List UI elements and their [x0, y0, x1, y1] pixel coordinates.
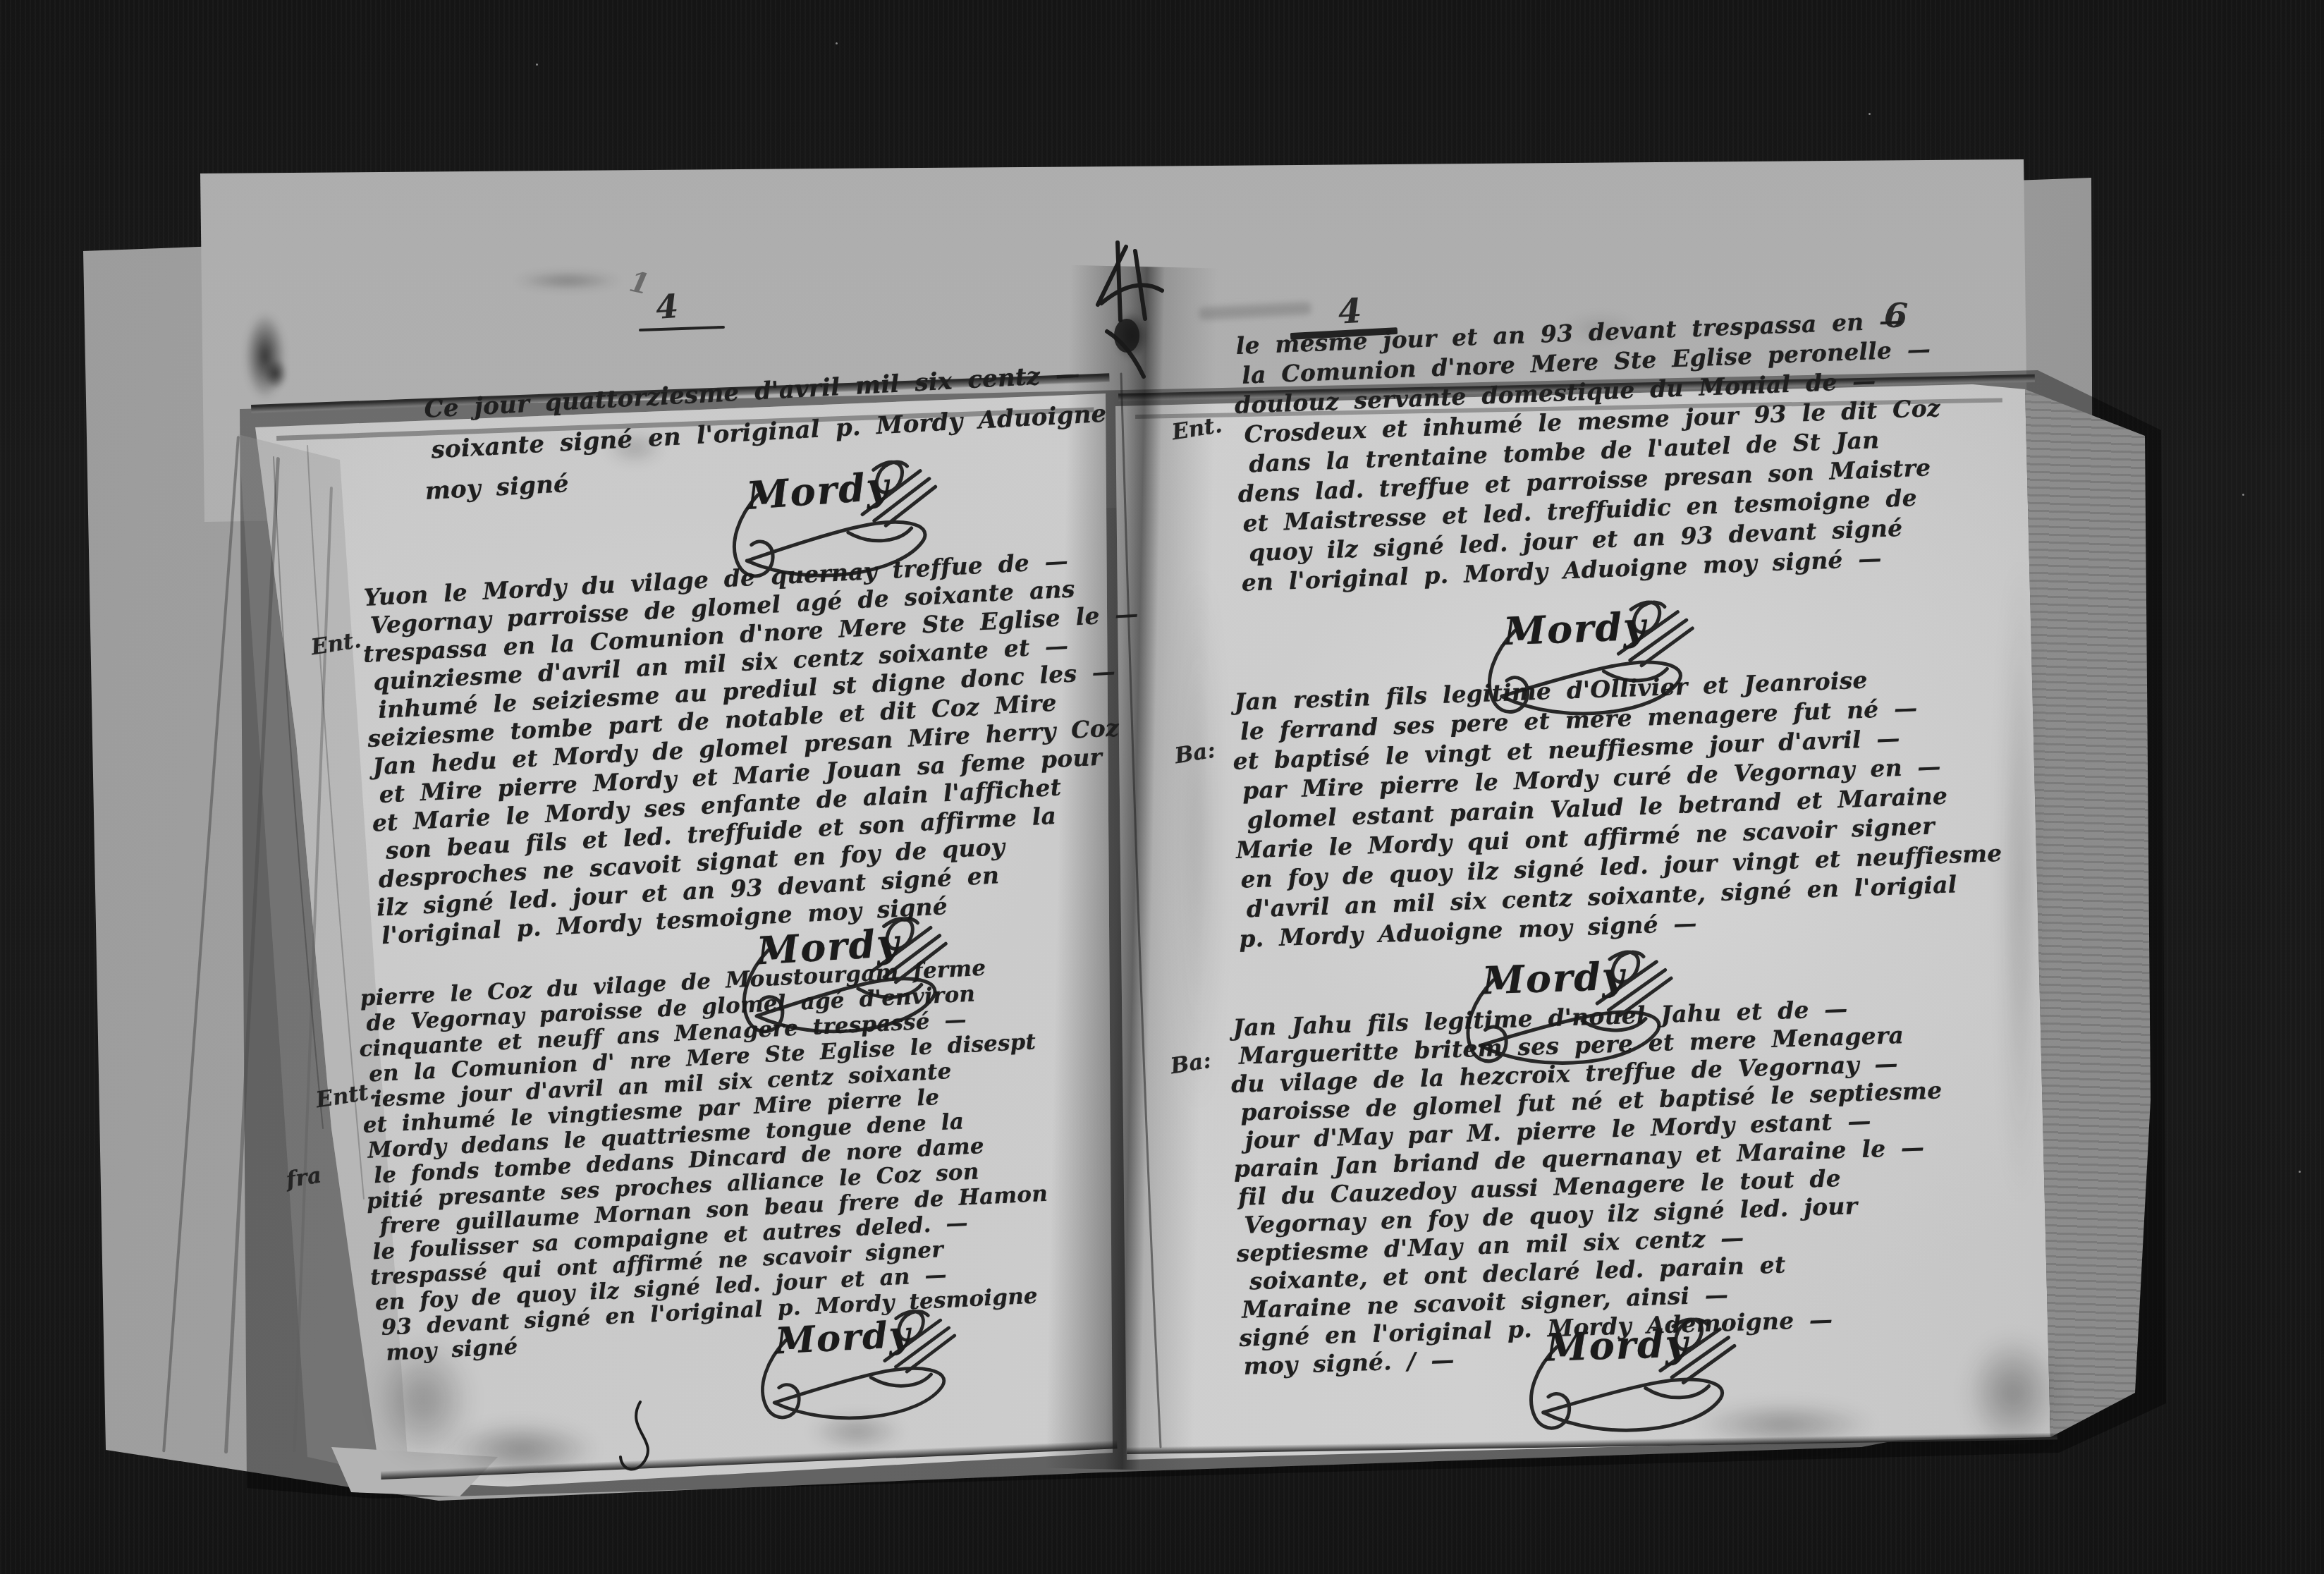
signature-name: Mordy [1481, 953, 1627, 1003]
signature-flourish-icon [695, 441, 958, 599]
signature-name: Mordy [755, 920, 901, 973]
priest-signature: Mordy [1431, 932, 1690, 1082]
gutter-mottle [1170, 451, 1227, 1227]
signature-name: Mordy [774, 1312, 912, 1362]
microfilm-photo: 1 4 4 6 Ent. Entt. fra Ent. Ba: Ba: Ce j… [0, 0, 2324, 1574]
film-dust [1869, 113, 1871, 115]
priest-signature: Mordy [1495, 1300, 1753, 1449]
register-entry: Yuon le Mordy du vilage de quernay treff… [363, 546, 1115, 951]
signature-name: Mordy [1545, 1320, 1689, 1369]
ink-stain [259, 353, 292, 395]
smudge [494, 268, 642, 293]
priest-signature: Mordy [726, 1292, 974, 1439]
priest-signature: Mordy [1452, 582, 1711, 733]
film-dust [2299, 1171, 2301, 1173]
foxing-stain [416, 1410, 628, 1488]
register-entry: le mesme jour et an 93 devant trespassa … [1235, 303, 1979, 598]
signature-flourish-icon [726, 1292, 974, 1439]
left-folio-number: 4 [654, 287, 680, 327]
signature-name: Mordy [1503, 603, 1648, 654]
entry-lines: Yuon le Mordy du vilage de quernay treff… [363, 546, 1115, 951]
margin-note-secondary: fra [284, 1162, 323, 1192]
margin-mottle [1995, 423, 2045, 1340]
entry-lines: le mesme jour et an 93 devant trespassa … [1235, 303, 1979, 598]
film-dust [836, 42, 838, 44]
film-dust [2242, 494, 2244, 496]
film-dust [536, 63, 538, 66]
priest-signature: Mordy [705, 898, 967, 1054]
signature-flourish-icon [705, 898, 967, 1054]
priest-signature: Mordy [695, 441, 958, 599]
right-folio-struck-number: 4 [1338, 291, 1363, 332]
